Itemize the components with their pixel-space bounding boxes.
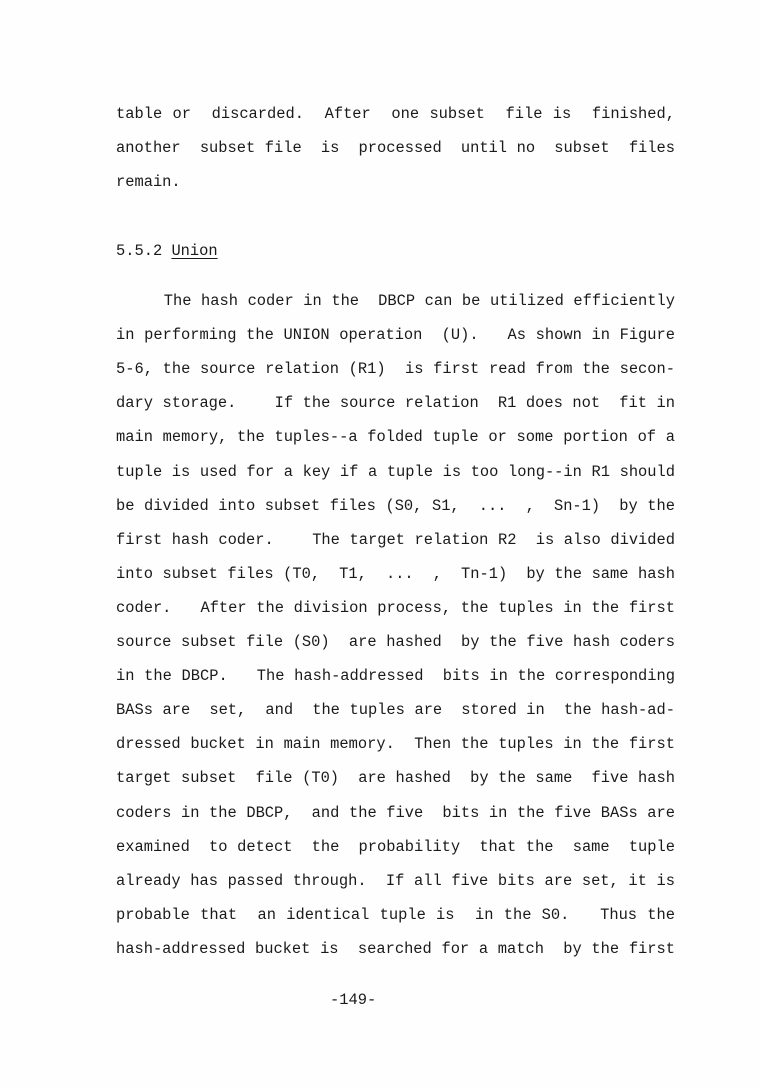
text-line: coders in the DBCP, and the five bits in… (116, 803, 675, 823)
page-number: -149- (330, 990, 376, 1010)
text-line: in the DBCP. The hash-addressed bits in … (116, 666, 675, 686)
text-line: already has passed through. If all five … (116, 871, 675, 891)
text-line: dary storage. If the source relation R1 … (116, 393, 675, 413)
text-line: first hash coder. The target relation R2… (116, 530, 675, 550)
text-line: main memory, the tuples--a folded tuple … (116, 427, 675, 447)
text-line: dressed bucket in main memory. Then the … (116, 734, 675, 754)
text-line: BASs are set, and the tuples are stored … (116, 700, 675, 720)
text-line: probable that an identical tuple is in t… (116, 905, 675, 925)
text-line: table or discarded. After one subset fil… (116, 104, 675, 124)
text-line: 5-6, the source relation (R1) is first r… (116, 359, 675, 379)
section-title: Union (171, 242, 217, 260)
text-line: The hash coder in the DBCP can be utiliz… (116, 291, 675, 311)
section-number: 5.5.2 (116, 242, 162, 260)
text-line: source subset file (S0) are hashed by th… (116, 632, 675, 652)
text-line: remain. (116, 172, 675, 192)
text-line: target subset file (T0) are hashed by th… (116, 768, 675, 788)
text-line: be divided into subset files (S0, S1, ..… (116, 496, 675, 516)
section-heading: 5.5.2 Union (116, 241, 218, 261)
text-line: in performing the UNION operation (U). A… (116, 325, 675, 345)
text-line: another subset file is processed until n… (116, 138, 675, 158)
text-line: into subset files (T0, T1, ... , Tn-1) b… (116, 564, 675, 584)
document-page: table or discarded. After one subset fil… (0, 0, 760, 1089)
text-line: hash-addressed bucket is searched for a … (116, 939, 675, 959)
text-line: coder. After the division process, the t… (116, 598, 675, 618)
text-line: examined to detect the probability that … (116, 837, 675, 857)
text-line: tuple is used for a key if a tuple is to… (116, 462, 675, 482)
